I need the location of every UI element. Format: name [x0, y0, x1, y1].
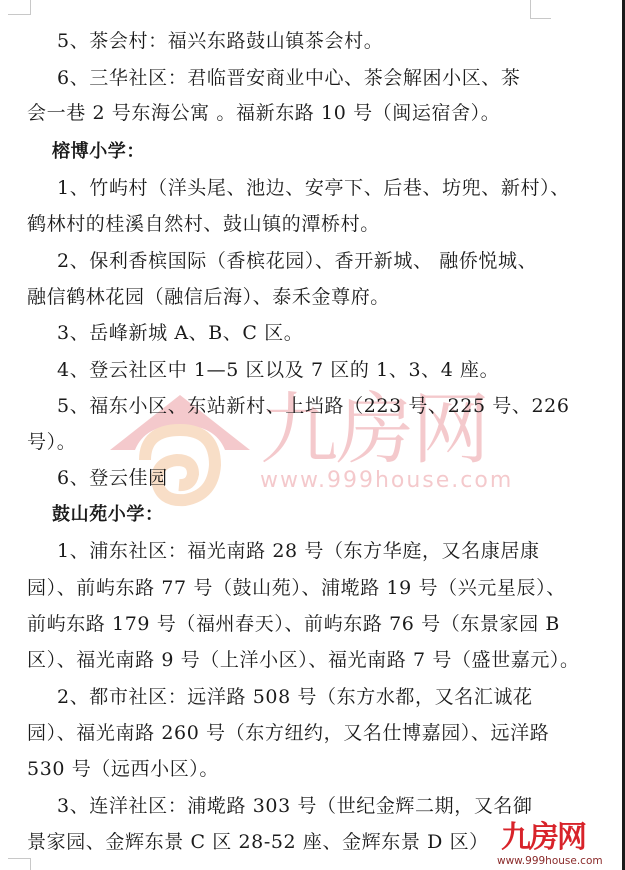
- document-line: 6、登云佳园: [57, 467, 168, 489]
- document-line: 4、登云社区中 1—5 区以及 7 区的 1、3、4 座。: [57, 359, 499, 381]
- document-line: 6、三华社区：君临晋安商业中心、茶会解困小区、茶: [57, 67, 521, 89]
- logo-url: www.999house.com: [497, 855, 603, 867]
- section-heading: 鼓山苑小学：: [52, 504, 164, 526]
- document-line: 融信鹤林花园（融信后海）、泰禾金尊府。: [27, 286, 390, 308]
- document-line: 区）、福光南路 9 号（上洋小区）、福光南路 7 号（盛世嘉元）。: [27, 649, 580, 671]
- document-line: 号）。: [27, 431, 76, 453]
- margin-corner-mark-top-left: [8, 0, 31, 15]
- document-line: 3、岳峰新城 A、B、C 区。: [57, 322, 303, 344]
- document-line: 5、茶会村：福兴东路鼓山镇茶会村。: [57, 30, 383, 52]
- logo-brand: 九房网: [501, 822, 585, 854]
- document-line: 3、连洋社区：浦墘路 303 号（世纪金辉二期，又名御: [57, 795, 533, 817]
- document-line: 1、竹屿村（洋头尾、池边、安亭下、后巷、坊兜、新村）、: [57, 177, 570, 199]
- document-line: 前屿东路 179 号（福州春天）、前屿东路 76 号（东景家园 B: [27, 613, 560, 635]
- watermark-url: www.999house.com: [260, 468, 513, 493]
- document-line: 1、浦东社区：福光南路 28 号（东方华庭，又名康居康: [57, 540, 540, 562]
- document-line: 530 号（远西小区）。: [27, 758, 219, 780]
- document-line: 园）、前屿东路 77 号（鼓山苑）、浦墘路 19 号（兴元星辰）、: [27, 577, 566, 599]
- document-page: 九房网 www.999house.com 5、茶会村：福兴东路鼓山镇茶会村。6、…: [0, 0, 621, 870]
- section-heading: 榕博小学：: [52, 141, 145, 163]
- document-line: 2、都市社区：远洋路 508 号（东方水都，又名汇诚花: [57, 686, 533, 708]
- document-line: 5、福东小区、东站新村、上垱路（223 号、225 号、226: [57, 395, 570, 417]
- document-line: 2、保利香槟国际（香槟花园）、香开新城、 融侨悦城、: [57, 250, 537, 272]
- document-line: 景家园、金辉东景 C 区 28-52 座、金辉东景 D 区）: [27, 831, 489, 853]
- document-line: 园）、福光南路 260 号（东方纽约，又名仕博嘉园）、远洋路: [27, 722, 549, 744]
- document-line: 鹤林村的桂溪自然村、鼓山镇的潭桥村。: [27, 213, 380, 235]
- margin-corner-mark-top-right: [530, 0, 551, 19]
- document-line: 会一巷 2 号东海公寓 。福新东路 10 号（闽运宿舍）。: [27, 102, 500, 124]
- site-logo: 九房网 www.999house.com: [497, 822, 617, 867]
- margin-corner-mark-bottom-left: [8, 858, 31, 870]
